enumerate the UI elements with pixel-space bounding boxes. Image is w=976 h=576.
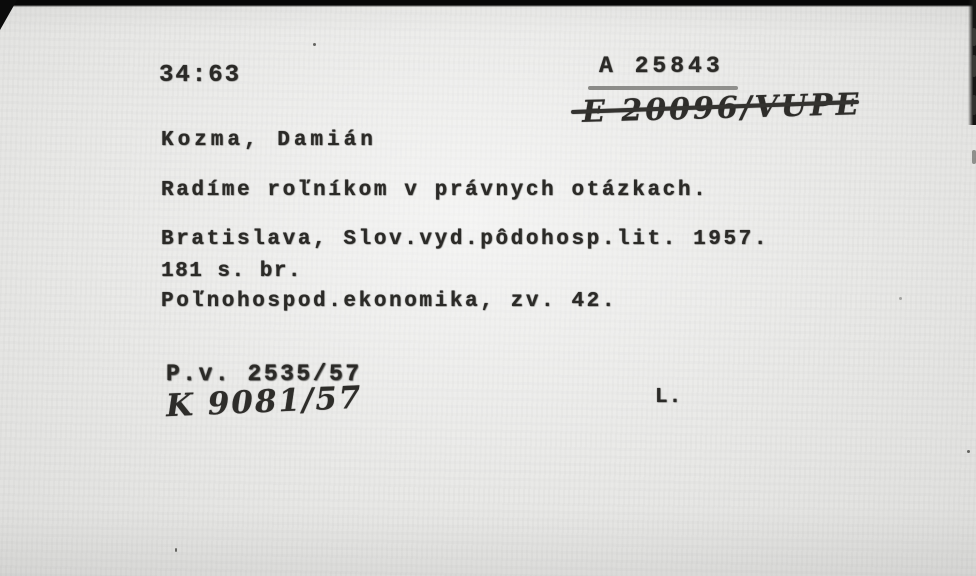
imprint-line: Bratislava, Slov.vyd.pôdohosp.lit. 1957. xyxy=(161,228,769,251)
paper-speck xyxy=(899,297,902,300)
scan-edge-top xyxy=(0,0,976,7)
pencil-underline xyxy=(588,86,738,90)
classification-number: 34:63 xyxy=(159,62,241,89)
author-heading: Kozma, Damián xyxy=(161,129,377,152)
scan-edge-right-mark xyxy=(972,55,976,77)
handwritten-accession-number: K 9081/57 xyxy=(165,380,363,425)
title-line: Radíme roľníkom v právnych otázkach. xyxy=(161,179,708,202)
paper-speck xyxy=(313,43,316,46)
scan-edge-top-left-wedge xyxy=(0,0,17,30)
cataloguer-initial: L. xyxy=(655,386,682,409)
paper-speck xyxy=(967,450,970,453)
paper-speck xyxy=(175,548,177,552)
scan-edge-right-mark xyxy=(972,95,976,115)
series-line: Poľnohospod.ekonomika, zv. 42. xyxy=(161,290,617,313)
shelf-mark: A 25843 xyxy=(599,53,724,79)
catalog-card-scan: 34:63 A 25843 E 20096/VUPE Kozma, Damián… xyxy=(0,0,976,576)
collation-line: 181 s. br. xyxy=(161,260,302,283)
scan-edge-right-mark xyxy=(972,28,976,46)
scan-edge-right-mark xyxy=(972,150,976,164)
